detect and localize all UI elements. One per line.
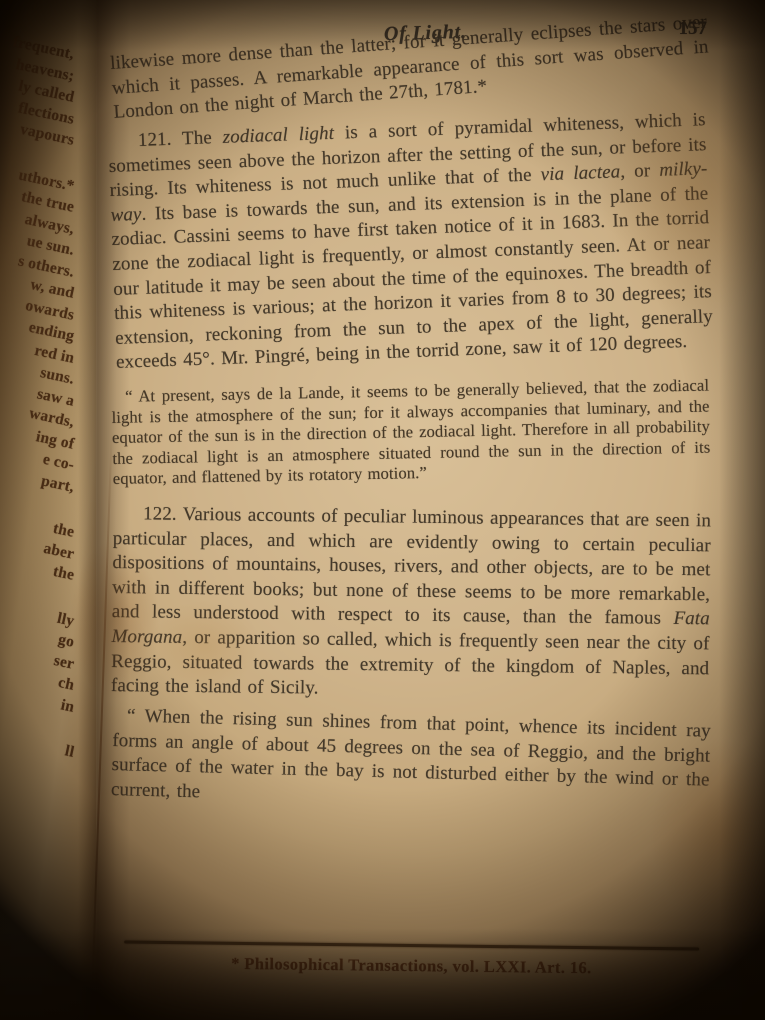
footnote: * Philosophical Transactions, vol. LXXI.… — [124, 940, 699, 979]
facing-page-text-fragment: ll — [0, 727, 76, 763]
text-segment: 122. Various accounts of peculiar lumino… — [112, 503, 711, 629]
text-segment: , or — [620, 160, 660, 182]
paragraph-122: 122. Various accounts of peculiar lumino… — [111, 502, 711, 706]
paragraph-121: 121. The zodiacal light is a sort of pyr… — [107, 108, 714, 376]
footnote-text: * Philosophical Transactions, vol. LXXI.… — [124, 952, 699, 979]
facing-page-text-column: frequent,heavens;ly calledflectionsvapou… — [0, 44, 74, 764]
italic-text-segment: via lactea — [540, 161, 620, 185]
facing-page-edge: frequent,heavens;ly calledflectionsvapou… — [0, 0, 96, 1020]
text-segment: 121. The — [138, 127, 224, 151]
body-text: likewise more dense than the latter; for… — [112, 52, 710, 803]
book-page-photo: frequent,heavens;ly calledflectionsvapou… — [0, 0, 765, 1020]
page: Of Light. 157 likewise more dense than t… — [96, 0, 765, 1020]
text-segment: . Its base is towards the sun, and its e… — [111, 183, 713, 373]
text-segment: “ When the rising sun shines from that p… — [111, 706, 711, 803]
italic-text-segment: zodiacal light — [222, 123, 334, 148]
blockquote-morgana: “ When the rising sun shines from that p… — [111, 704, 711, 818]
text-segment: , or apparition so called, which is freq… — [111, 627, 710, 699]
blockquote-lande: “ At present, says de la Lande, it seems… — [111, 375, 711, 489]
text-segment: “ At present, says de la Lande, it seems… — [111, 375, 710, 488]
footnote-rule — [124, 940, 699, 950]
